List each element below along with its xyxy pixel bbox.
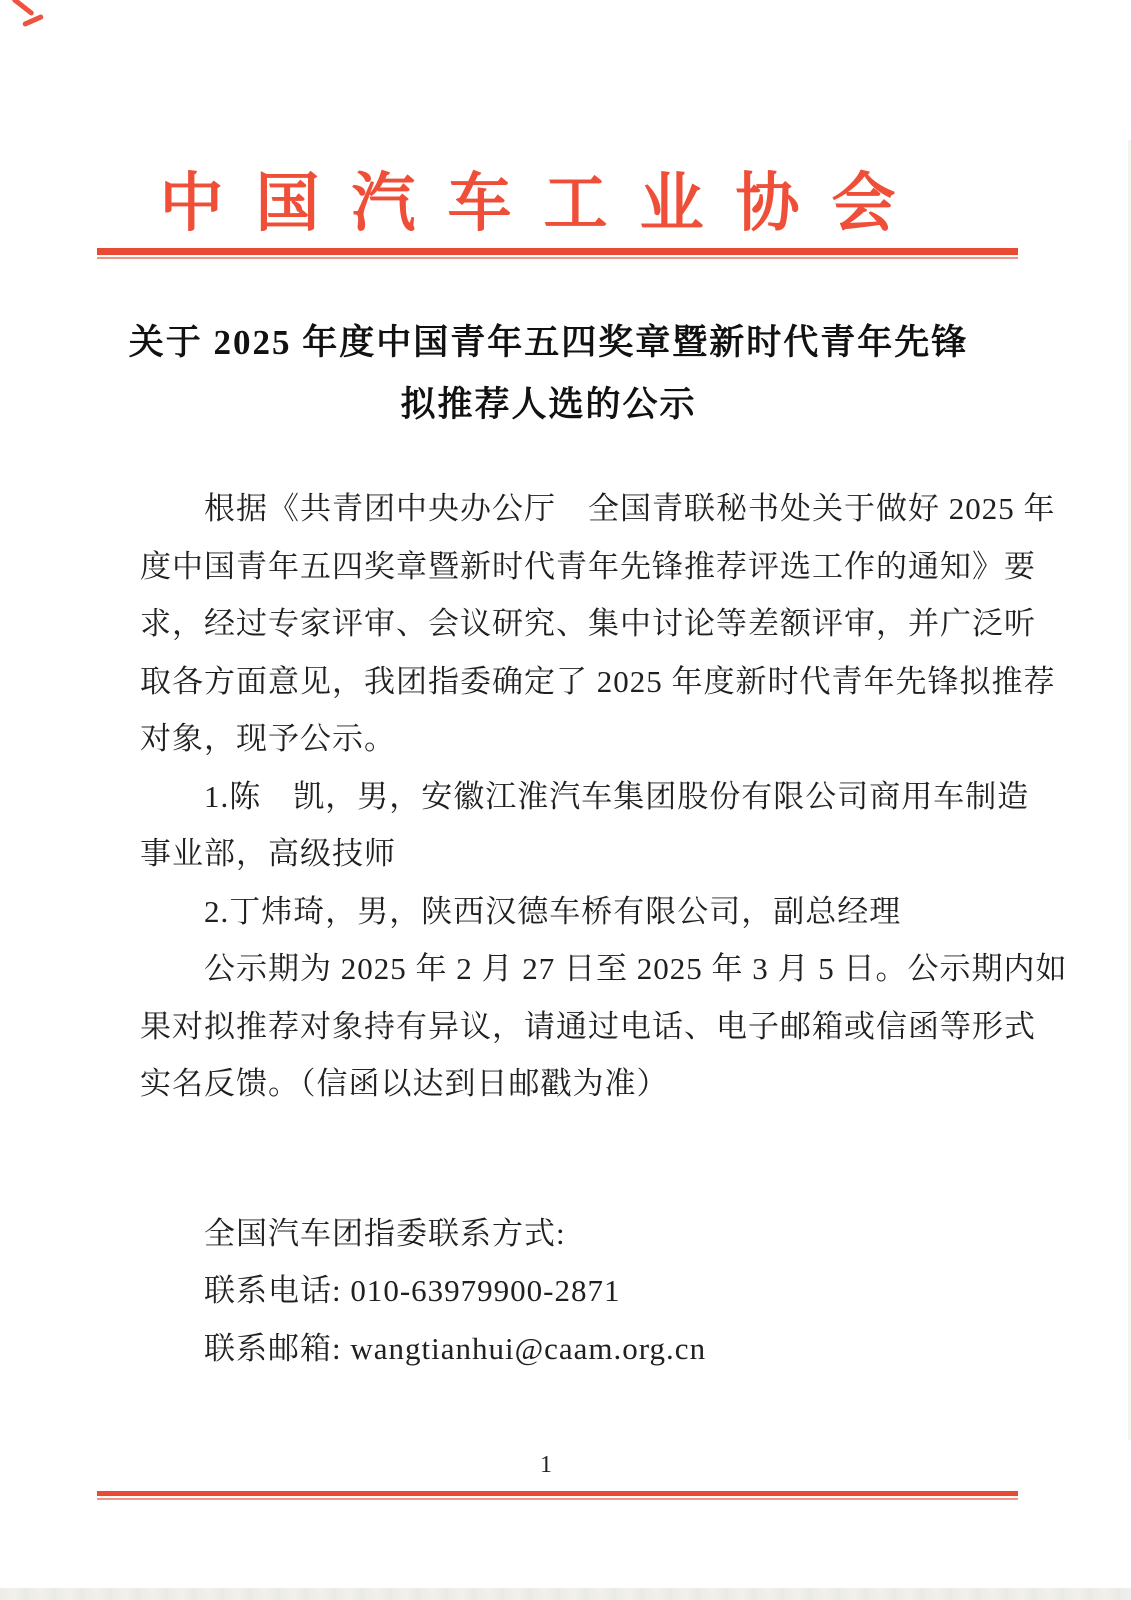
contact-line: 全国汽车团指委联系方式: [140,1205,1000,1263]
body-line: 实名反馈。（信函以达到日邮戳为准） [140,1055,1000,1113]
body-line: 取各方面意见，我团指委确定了 2025 年度新时代青年先锋拟推荐 [140,653,1000,711]
contact-line: 联系电话: 010-63979900-2871 [140,1262,1000,1320]
body-paragraph-lines: 根据《共青团中央办公厅 全国青联秘书处关于做好 2025 年度中国青年五四奖章暨… [140,480,1000,1113]
footer-rule [97,1491,1018,1500]
body-line: 事业部，高级技师 [140,825,1000,883]
body-spacer [140,1113,1000,1205]
body-line: 求，经过专家评审、会议研究、集中讨论等差额评审，并广泛听 [140,595,1000,653]
scan-edge-artifact [0,1588,1131,1600]
page-number: 1 [0,1452,1092,1479]
document-title-line1: 关于 2025 年度中国青年五四奖章暨新时代青年先锋 [0,312,1097,374]
document-title: 关于 2025 年度中国青年五四奖章暨新时代青年先锋 拟推荐人选的公示 [0,312,1097,436]
body-line: 对象，现予公示。 [140,710,1000,768]
corner-pen-mark [6,2,56,52]
corner-pen-stroke [22,14,44,28]
rule-thin-bar [97,257,1018,259]
contact-line: 联系邮箱: wangtianhui@caam.org.cn [140,1320,1000,1378]
body-line: 根据《共青团中央办公厅 全国青联秘书处关于做好 2025 年 [140,480,1000,538]
letterhead-org-name: 中 国 汽 车 工 业 协 会 [0,152,1061,244]
body-line: 度中国青年五四奖章暨新时代青年先锋推荐评选工作的通知》要 [140,538,1000,596]
corner-pen-stroke [11,0,35,16]
rule-thin-bar [97,1498,1018,1500]
body-line: 2.丁炜琦，男，陕西汉德车桥有限公司，副总经理 [140,883,1000,941]
document-page: 中 国 汽 车 工 业 协 会 关于 2025 年度中国青年五四奖章暨新时代青年… [0,0,1131,1600]
body-text: 根据《共青团中央办公厅 全国青联秘书处关于做好 2025 年度中国青年五四奖章暨… [140,480,1000,1377]
body-line: 公示期为 2025 年 2 月 27 日至 2025 年 3 月 5 日。公示期… [140,940,1000,998]
body-line: 1.陈 凯，男，安徽江淮汽车集团股份有限公司商用车制造 [140,768,1000,826]
document-title-line2: 拟推荐人选的公示 [0,374,1097,436]
body-line: 果对拟推荐对象持有异议，请通过电话、电子邮箱或信函等形式 [140,998,1000,1056]
letterhead-rule [97,248,1018,259]
rule-thick-bar [97,248,1018,255]
contact-block: 全国汽车团指委联系方式:联系电话: 010-63979900-2871联系邮箱:… [140,1205,1000,1378]
